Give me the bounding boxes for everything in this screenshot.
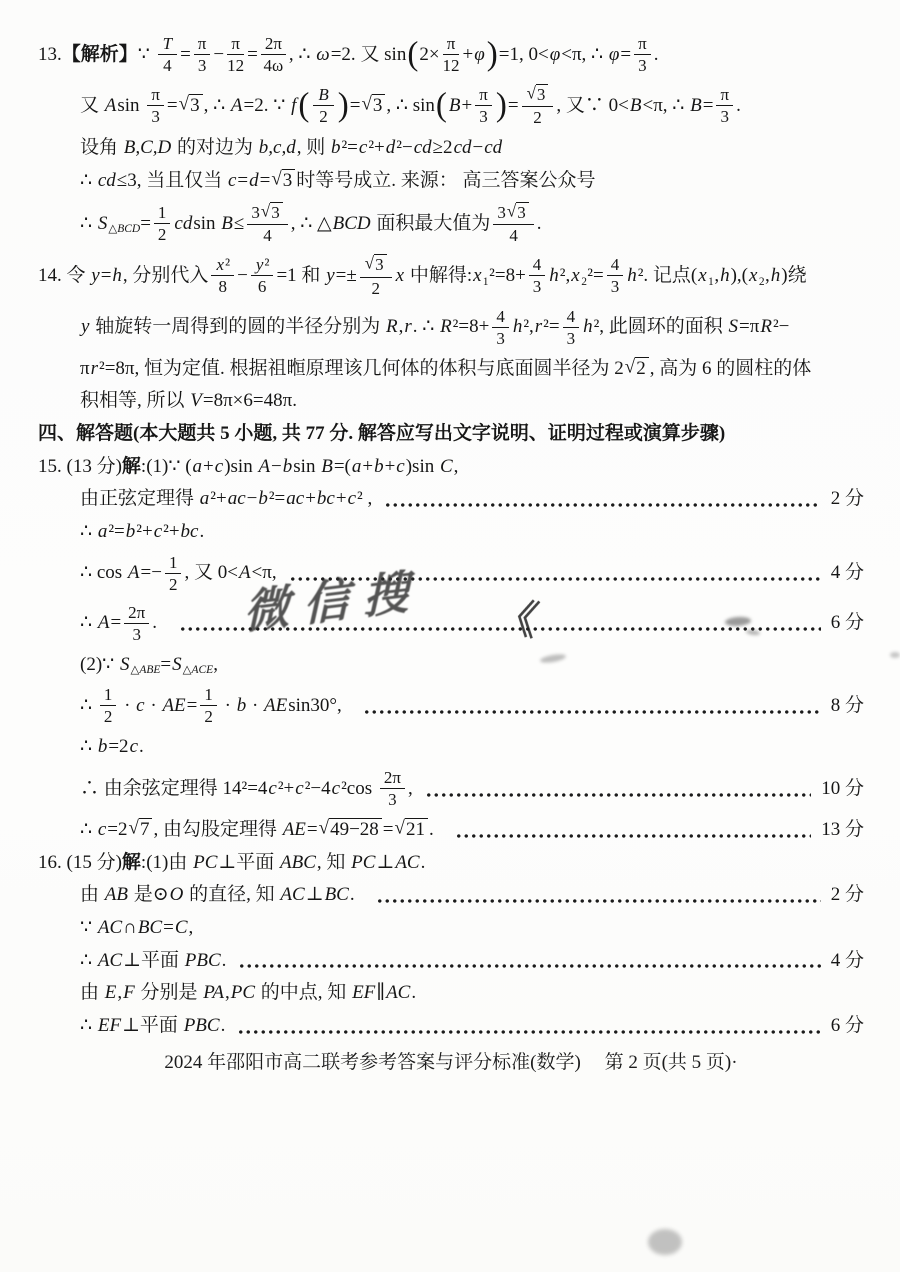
- line-16-1: 16. (15 分)解:(1)由 PC⊥平面 ABC, 知 PC⊥AC.: [38, 850, 864, 876]
- score-label: 2 分: [831, 486, 864, 512]
- left-paren: (: [407, 39, 418, 70]
- line-15-3: ∴ a²=b²+c²+bc.: [38, 519, 864, 545]
- fraction: π3: [475, 85, 492, 126]
- line-15-4: ∴ cos A=−12, 又 0<A<π,4 分: [38, 552, 864, 595]
- line-14-2: y 轴旋转一周得到的圆的半径分别为 R,r. ∴ R²=8+43h²,r²=43…: [38, 306, 864, 349]
- line-15-5: ∴ A=2π3. 6 分: [38, 602, 864, 645]
- square-root: √3: [271, 169, 295, 193]
- square-root: √3: [527, 84, 549, 105]
- line-15-9: ∴ 由余弦定理得 14²=4c²+c²−4c²cos 2π3,10 分: [38, 767, 864, 810]
- left-paren: (: [436, 90, 447, 121]
- fraction: y²6: [251, 255, 274, 296]
- fraction: B2: [313, 85, 333, 126]
- document-page: 13.【解析】∵ T4=π3−π12=2π4ω, ∴ ω=2. 又 sin(2×…: [0, 0, 900, 1272]
- fraction: 3√34: [247, 202, 287, 245]
- scanned-exam-page: { "overlay": { "watermark": "微信搜", "mark…: [0, 0, 900, 1272]
- ink-smudge: [648, 1229, 682, 1255]
- page-footer: 2024 年邵阳市高二联考参考答案与评分标准(数学) 第 2 页(共 5 页)·: [38, 1047, 864, 1074]
- ink-smudge: [890, 652, 900, 658]
- score-label: 8 分: [831, 693, 864, 719]
- section-heading: 四、解答题(本大题共 5 小题, 共 77 分. 解答应写出文字说明、证明过程或…: [38, 421, 864, 447]
- line-16-6: ∴ EF⊥平面 PBC.6 分: [38, 1013, 864, 1039]
- fraction: 12: [100, 685, 117, 726]
- fraction: π3: [194, 34, 211, 75]
- fraction: 12: [165, 553, 182, 594]
- dotted-leader: [363, 709, 820, 715]
- line-16-4: ∴ AC⊥平面 PBC.4 分: [38, 948, 864, 974]
- fraction: 2π4ω: [261, 34, 286, 75]
- line-13-4: ∴ cd≤3, 当且仅当 c=d=√3时等号成立. 来源： 高三答案公众号: [38, 168, 864, 194]
- square-root: √3: [507, 202, 529, 223]
- dotted-leader: [455, 833, 811, 839]
- line-13-2: 又 Asin π3=√3, ∴ A=2. ∵ f(B2)=√3, ∴ sin(B…: [38, 83, 864, 128]
- score-label: 2 分: [831, 882, 864, 908]
- score-label: 10 分: [821, 776, 864, 802]
- line-14-4: 积相等, 所以 V=8π×6=48π.: [38, 388, 864, 414]
- fraction: 43: [563, 307, 580, 348]
- fraction: 43: [607, 255, 624, 296]
- fraction: π3: [716, 85, 733, 126]
- left-paren: (: [298, 90, 309, 121]
- line-15-8: ∴ b=2c.: [38, 734, 864, 760]
- right-paren: ): [338, 90, 349, 121]
- fraction: T4: [158, 34, 177, 75]
- square-root: √3: [361, 94, 385, 118]
- fraction: 12: [154, 203, 171, 244]
- line-14-1: 14. 令 y=h, 分别代入x²8−y²6=1 和 y=±√32x 中解得:x…: [38, 253, 864, 298]
- fraction: π12: [443, 34, 460, 75]
- score-label: 13 分: [821, 817, 864, 843]
- score-label: 6 分: [831, 610, 864, 636]
- line-13-5: ∴ S△BCD=12cdsin B≤3√34, ∴ △BCD 面积最大值为3√3…: [38, 201, 864, 246]
- right-paren: ): [487, 39, 498, 70]
- fraction: x²8: [211, 255, 234, 296]
- dotted-leader: [179, 626, 821, 632]
- line-15-1: 15. (13 分)解:(1)∵ (a+c)sin A−bsin B=(a+b+…: [38, 454, 864, 480]
- line-15-2: 由正弦定理得 a²+ac−b²=ac+bc+c² ,2 分: [38, 486, 864, 512]
- square-root: √3: [365, 254, 387, 275]
- square-root: √49−28: [319, 818, 382, 842]
- square-root: √21: [395, 818, 428, 842]
- dotted-leader: [425, 792, 812, 798]
- fraction: 3√34: [493, 202, 533, 245]
- fraction: √32: [522, 84, 554, 127]
- fraction: π12: [227, 34, 244, 75]
- square-root: √3: [261, 202, 283, 223]
- score-label: 6 分: [831, 1013, 864, 1039]
- fraction: π3: [147, 85, 164, 126]
- right-paren: ): [496, 90, 507, 121]
- line-13-1: 13.【解析】∵ T4=π3−π12=2π4ω, ∴ ω=2. 又 sin(2×…: [38, 33, 864, 76]
- line-16-2: 由 AB 是⊙O 的直径, 知 AC⊥BC. 2 分: [38, 882, 864, 908]
- fraction: 43: [529, 255, 546, 296]
- fraction: π3: [634, 34, 651, 75]
- fraction: 2π3: [380, 768, 405, 809]
- fraction: 2π3: [124, 603, 149, 644]
- square-root: √7: [129, 818, 153, 842]
- line-15-10: ∴ c=2√7, 由勾股定理得 AE=√49−28=√21. 13 分: [38, 817, 864, 843]
- fraction: 43: [492, 307, 509, 348]
- fraction: √32: [360, 254, 392, 297]
- dotted-leader: [289, 576, 821, 582]
- score-label: 4 分: [831, 560, 864, 586]
- dotted-leader: [237, 1029, 820, 1035]
- square-root: √2: [625, 357, 649, 381]
- line-13-3: 设角 B,C,D 的对边为 b,c,d, 则 b²=c²+d²−cd≥2cd−c…: [38, 135, 864, 161]
- dotted-leader: [384, 502, 821, 508]
- line-16-5: 由 E,F 分别是 PA,PC 的中点, 知 EF∥AC.: [38, 980, 864, 1006]
- line-14-3: πr²=8π, 恒为定值. 根据祖暅原理该几何体的体积与底面圆半径为 2√2, …: [38, 356, 864, 382]
- line-16-3: ∵ AC∩BC=C,: [38, 915, 864, 941]
- fraction: 12: [200, 685, 217, 726]
- line-15-7: ∴ 12 · c · AE=12 · b · AEsin30°, 8 分: [38, 684, 864, 727]
- score-label: 4 分: [831, 948, 864, 974]
- line-15-6: (2)∵ S△ABE=S△ACE,: [38, 652, 864, 678]
- square-root: √3: [179, 94, 203, 118]
- dotted-leader: [238, 963, 820, 969]
- document-body: 13.【解析】∵ T4=π3−π12=2π4ω, ∴ ω=2. 又 sin(2×…: [38, 33, 864, 1039]
- dotted-leader: [376, 898, 821, 904]
